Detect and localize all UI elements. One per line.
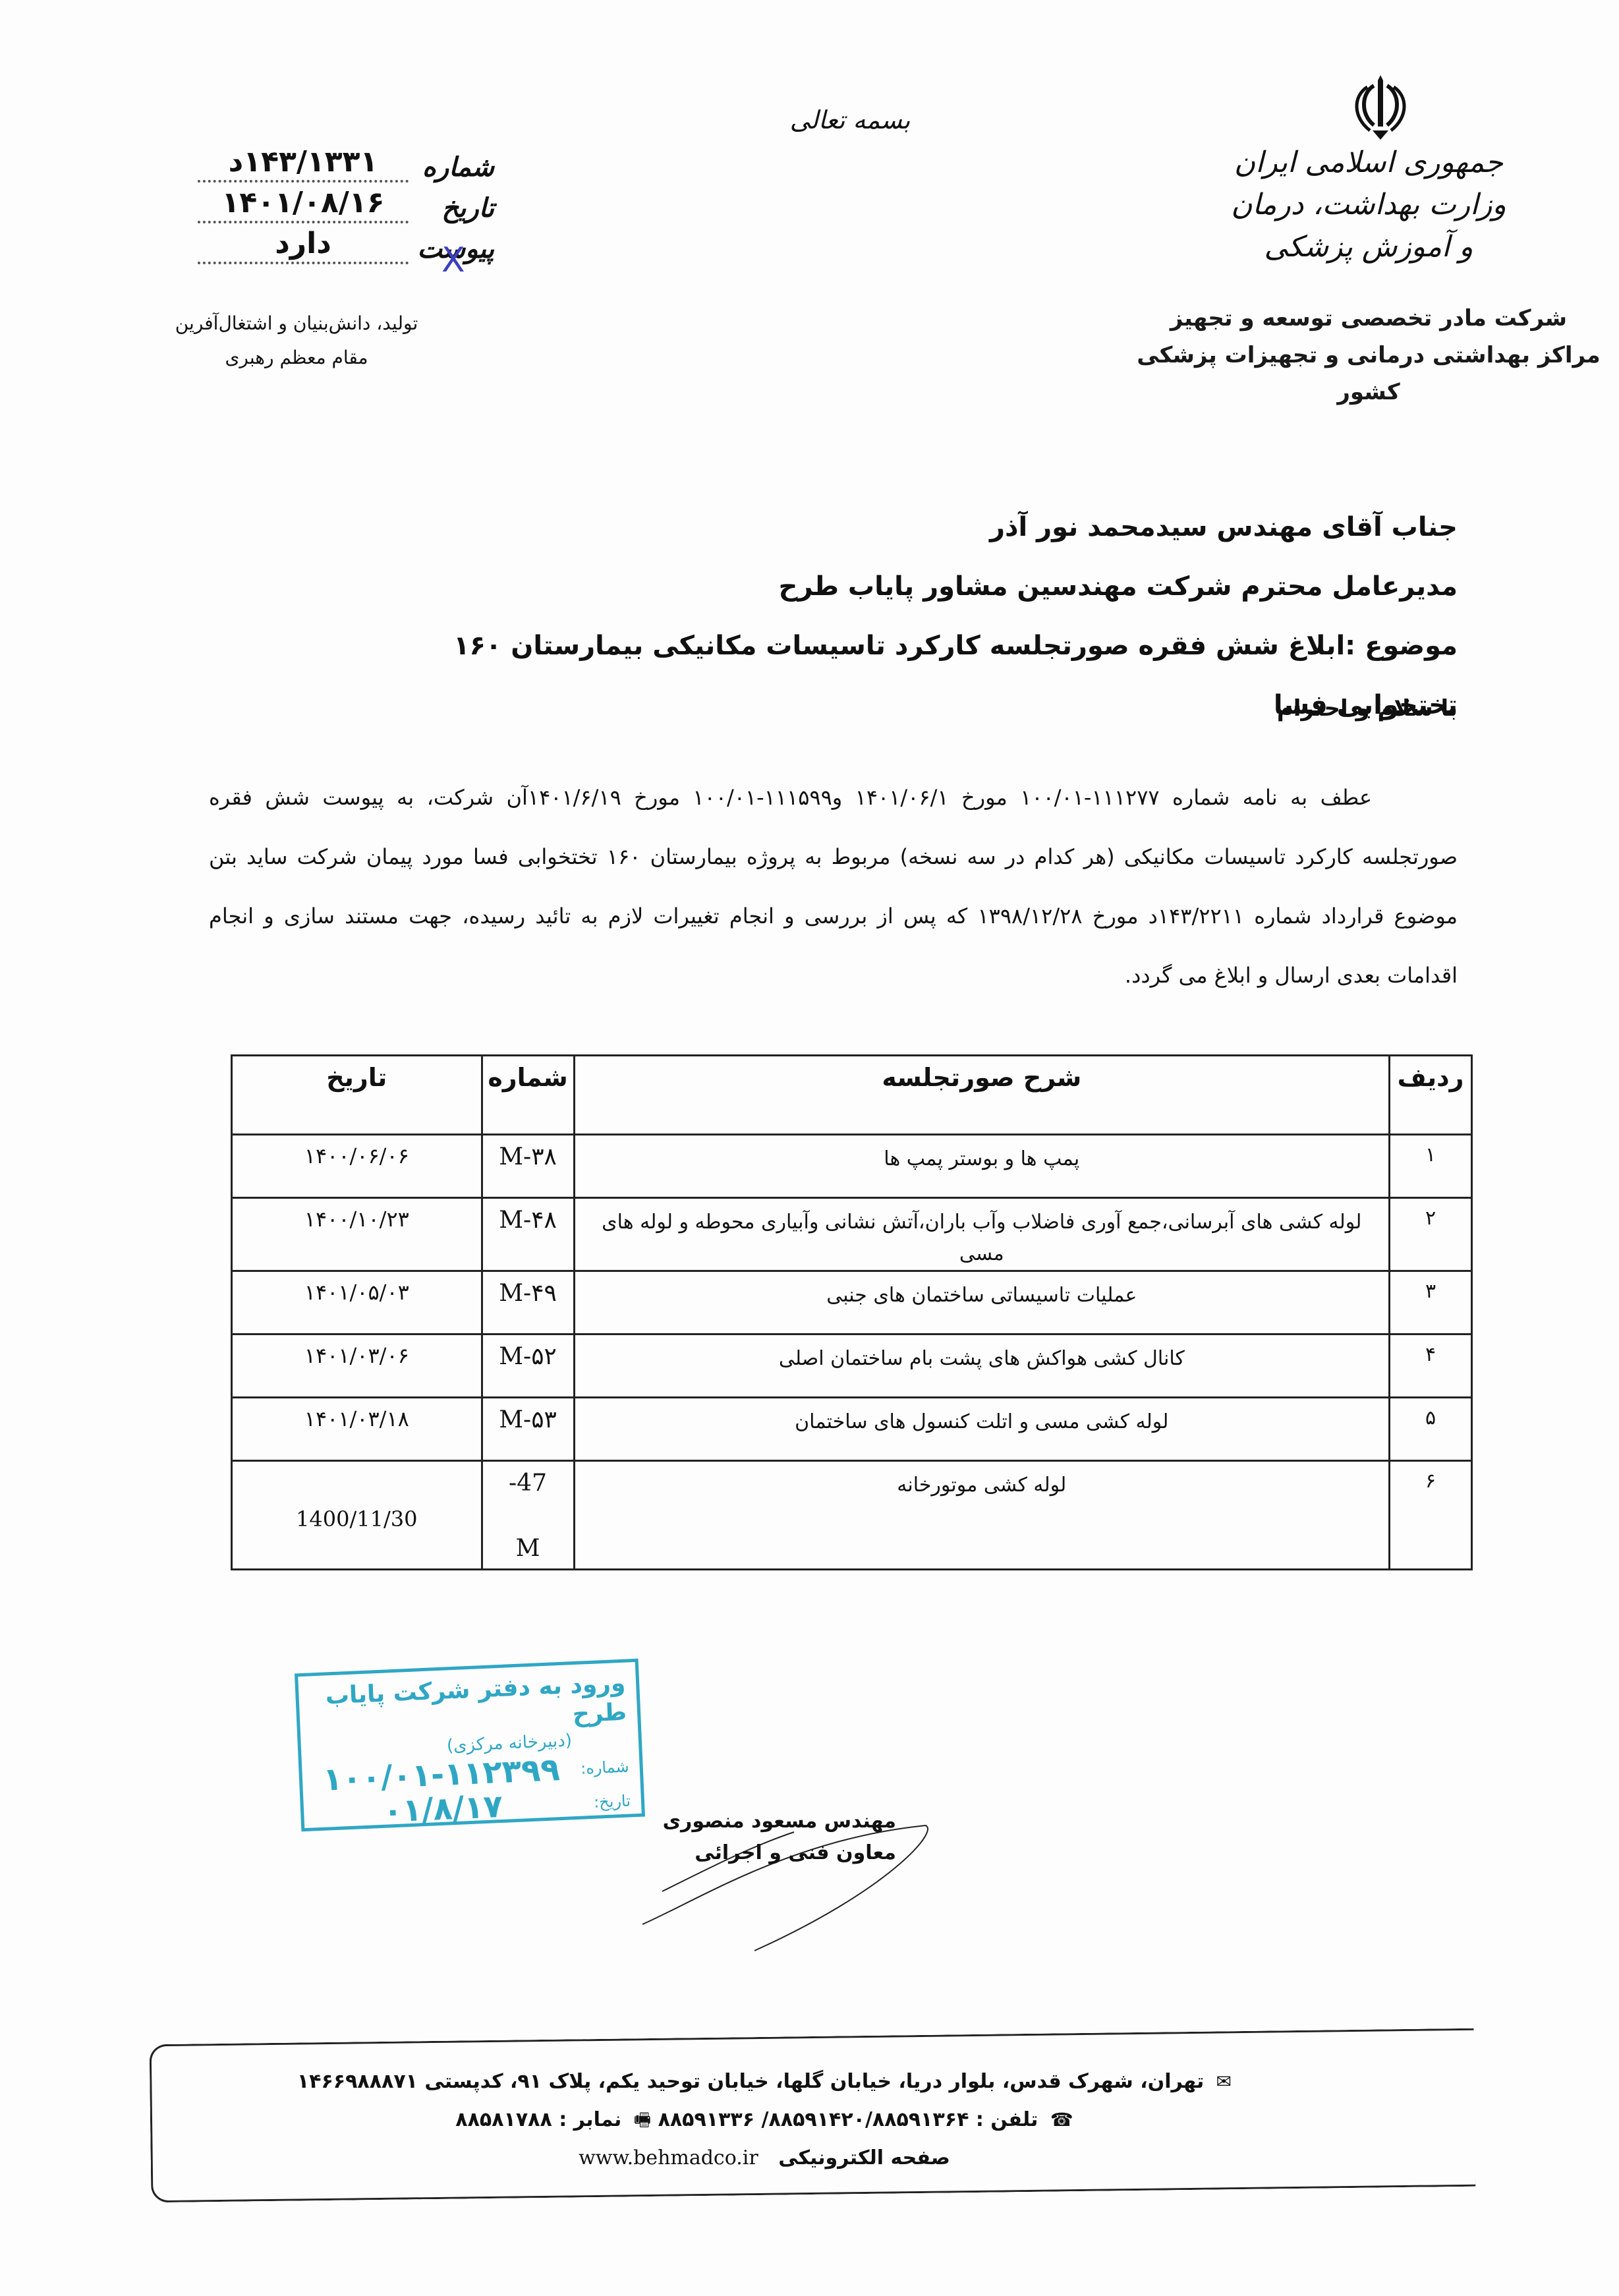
row-minutes-number: M-۳۸ — [482, 1135, 574, 1198]
minutes-number-bottom: M — [516, 1535, 540, 1562]
letter-date-row: تاریخ ۱۴۰۱/۰۸/۱۶ — [198, 183, 494, 223]
letter-subject: موضوع :ابلاغ شش فقره صورتجلسه کارکرد تاس… — [337, 616, 1458, 675]
signatory-role: معاون فنی و اجرائی — [659, 1837, 896, 1869]
row-description: کانال کشی هواکش های پشت بام ساختمان اصلی — [574, 1335, 1390, 1398]
row-number: ۱ — [1390, 1135, 1472, 1198]
table-row: ۵ لوله کشی مسی و اتلت کنسول های ساختمان … — [232, 1398, 1472, 1461]
row-number: ۴ — [1390, 1335, 1472, 1398]
row-minutes-number: M-۴۹ — [482, 1271, 574, 1335]
header-description: شرح صورتجلسه — [574, 1056, 1390, 1135]
company-line-1: شرکت مادر تخصصی توسعه و تجهیز — [1131, 300, 1606, 337]
table-header-row: ردیف شرح صورتجلسه شماره تاریخ — [232, 1056, 1472, 1135]
row-number: ۵ — [1390, 1398, 1472, 1461]
ministry-line-1: جمهوری اسلامی ایران — [1230, 142, 1507, 184]
address-text: تهران، شهرک قدس، بلوار دریا، خیابان گلها… — [297, 2070, 1204, 2093]
phone-label: تلفن : — [976, 2108, 1038, 2131]
row-date: ۱۴۰۱/۰۳/۱۸ — [232, 1398, 482, 1461]
recipient-block: جناب آقای مهندس سیدمحمد نور آذر مدیرعامل… — [337, 498, 1458, 675]
header-row-number: ردیف — [1390, 1056, 1472, 1135]
signatory-name: مهندس مسعود منصوری — [659, 1806, 896, 1837]
table-row: ۱ پمپ ها و بوستر پمپ ها M-۳۸ ۱۴۰۰/۰۶/۰۶ — [232, 1135, 1472, 1198]
table-row: ۳ عملیات تاسیساتی ساختمان های جنبی M-۴۹ … — [232, 1271, 1472, 1335]
row-number: ۶ — [1390, 1461, 1472, 1570]
row-date: ۱۴۰۱/۰۵/۰۳ — [232, 1271, 482, 1335]
row-minutes-number: M-۴۸ — [482, 1198, 574, 1271]
fax-label: نمابر : — [559, 2108, 621, 2131]
motto-text: تولید، دانش‌بنیان و اشتغال‌آفرین — [158, 306, 435, 341]
row-description: لوله کشی مسی و اتلت کنسول های ساختمان — [574, 1398, 1390, 1461]
row-date: 1400/11/30 — [232, 1461, 482, 1570]
letter-date-value: ۱۴۰۱/۰۸/۱۶ — [198, 186, 409, 223]
footer-address: ✉ تهران، شهرک قدس، بلوار دریا، خیابان گل… — [198, 2063, 1331, 2101]
body-paragraph: عطف به نامه شماره ۱۱۱۲۷۷-۱۰۰/۰۱ مورخ ۱۴۰… — [209, 768, 1458, 1005]
minutes-number-top: -47 — [509, 1470, 547, 1497]
row-minutes-number: -47 M — [482, 1461, 574, 1570]
row-minutes-number: M-۵۲ — [482, 1335, 574, 1398]
attachment-mark: X — [441, 241, 465, 280]
telephone-icon: ☎ — [1050, 2109, 1073, 2131]
row-date: ۱۴۰۰/۰۶/۰۶ — [232, 1135, 482, 1198]
row-description: لوله کشی موتورخانه — [574, 1461, 1390, 1570]
received-stamp: ورود به دفتر شرکت پایاب طرح (دبیرخانه مر… — [295, 1659, 645, 1832]
row-minutes-number: M-۵۳ — [482, 1398, 574, 1461]
greeting: با سلام و احترام — [1277, 695, 1458, 722]
letter-page: جمهوری اسلامی ایران وزارت بهداشت، درمان … — [0, 0, 1619, 2296]
website-link[interactable]: www.behmadco.ir — [579, 2139, 758, 2177]
footer: ✉ تهران، شهرک قدس، بلوار دریا، خیابان گل… — [198, 2063, 1331, 2177]
letter-number-row: شماره ۱۴۳/۱۳۳۱د — [198, 142, 494, 183]
row-description: لوله کشی های آبرسانی،جمع آوری فاضلاب وآب… — [574, 1198, 1390, 1271]
fax-value: ۸۸۵۸۱۷۸۸ — [455, 2108, 552, 2131]
letter-date-label: تاریخ — [409, 192, 494, 223]
footer-website: صفحه الکترونیکی www.behmadco.ir — [198, 2139, 1331, 2177]
header-date: تاریخ — [232, 1056, 482, 1135]
ministry-line-2: وزارت بهداشت، درمان و آموزش پزشکی — [1230, 184, 1507, 268]
ministry-name: جمهوری اسلامی ایران وزارت بهداشت، درمان … — [1230, 142, 1507, 268]
basmala: بسمه تعالی — [778, 105, 923, 134]
motto-source: مقام معظم رهبری — [158, 341, 435, 375]
footer-contacts: ☎ تلفن : ۸۸۵۹۱۴۲۰/۸۸۵۹۱۳۶۴/ ۸۸۵۹۱۳۳۶ 🖷 ن… — [198, 2101, 1331, 2139]
company-name: شرکت مادر تخصصی توسعه و تجهیز مراکز بهدا… — [1131, 300, 1606, 411]
motto: تولید، دانش‌بنیان و اشتغال‌آفرین مقام مع… — [158, 306, 435, 375]
row-description: پمپ ها و بوستر پمپ ها — [574, 1135, 1390, 1198]
website-label: صفحه الکترونیکی — [778, 2146, 950, 2169]
row-number: ۲ — [1390, 1198, 1472, 1271]
minutes-table: ردیف شرح صورتجلسه شماره تاریخ ۱ پمپ ها و… — [231, 1054, 1473, 1570]
recipient-name: جناب آقای مهندس سیدمحمد نور آذر — [337, 498, 1458, 557]
letter-number-label: شماره — [409, 152, 494, 183]
signature-block: مهندس مسعود منصوری معاون فنی و اجرائی — [659, 1806, 896, 1869]
recipient-title: مدیرعامل محترم شرکت مهندسین مشاور پایاب … — [337, 557, 1458, 616]
stamp-date-label: تاریخ: — [571, 1791, 631, 1812]
table-row: ۶ لوله کشی موتورخانه -47 M 1400/11/30 — [232, 1461, 1472, 1570]
iran-emblem-icon — [1348, 72, 1413, 145]
company-line-2: مراکز بهداشتی درمانی و تجهیزات پزشکی کشو… — [1131, 337, 1606, 411]
envelope-icon: ✉ — [1216, 2071, 1232, 2092]
row-date: ۱۴۰۱/۰۳/۰۶ — [232, 1335, 482, 1398]
attachment-value: دارد — [198, 227, 409, 264]
table-row: ۴ کانال کشی هواکش های پشت بام ساختمان اص… — [232, 1335, 1472, 1398]
letter-number-value: ۱۴۳/۱۳۳۱د — [198, 145, 409, 183]
phone-value: ۸۸۵۹۱۴۲۰/۸۸۵۹۱۳۶۴/ ۸۸۵۹۱۳۳۶ — [658, 2108, 969, 2131]
stamp-number-label: شماره: — [569, 1758, 629, 1779]
header-number: شماره — [482, 1056, 574, 1135]
minutes-number-stack: -47 M — [483, 1470, 573, 1562]
row-date: ۱۴۰۰/۱۰/۲۳ — [232, 1198, 482, 1271]
row-number: ۳ — [1390, 1271, 1472, 1335]
table-row: ۲ لوله کشی های آبرسانی،جمع آوری فاضلاب و… — [232, 1198, 1472, 1271]
row-description: عملیات تاسیساتی ساختمان های جنبی — [574, 1271, 1390, 1335]
fax-icon: 🖷 — [634, 2109, 651, 2131]
